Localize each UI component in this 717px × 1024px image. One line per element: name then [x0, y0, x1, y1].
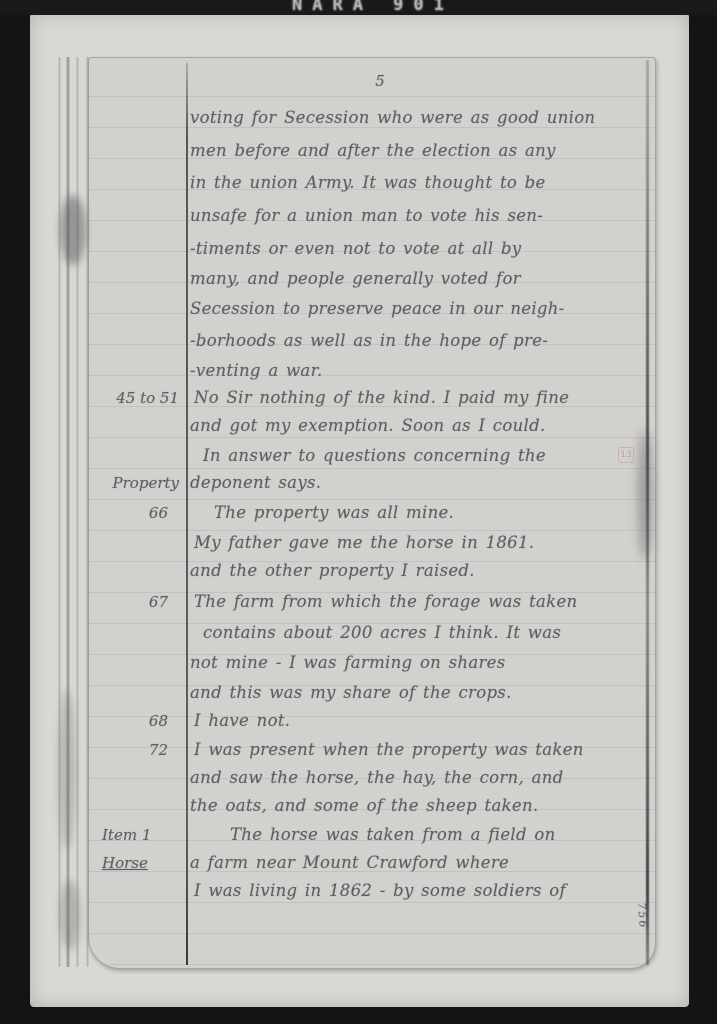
margin-annotation: 68 [92, 708, 182, 734]
line-text: -borhoods as well as in the hope of pre- [182, 328, 653, 354]
line-text: -venting a war. [182, 358, 653, 384]
line-text: a farm near Mount Crawford where [182, 850, 653, 876]
line-text: not mine - I was farming on shares [182, 650, 653, 676]
handwritten-line: Horse a farm near Mount Crawford where [92, 850, 653, 877]
line-text: deponent says. [182, 470, 653, 496]
line-text: unsafe for a union man to vote his sen- [182, 203, 653, 229]
line-text: many, and people generally voted for [182, 266, 653, 292]
handwritten-line: Property deponent says. [92, 470, 653, 497]
line-text: The property was all mine. [182, 500, 653, 526]
handwritten-line: 67 The farm from which the forage was ta… [92, 589, 653, 616]
handwritten-line: -venting a war. [92, 358, 653, 385]
line-text: Secession to preserve peace in our neigh… [182, 296, 653, 322]
handwritten-line: and saw the horse, the hay, the corn, an… [92, 765, 653, 792]
handwritten-line: In answer to questions concerning the [92, 443, 653, 470]
margin-annotation: 67 [92, 589, 182, 615]
microfilm-scan: { "film_header": { "label": "NARA 901" }… [0, 0, 717, 1024]
line-text: and got my exemption. Soon as I could. [182, 413, 653, 439]
handwritten-line: 45 to 51 No Sir nothing of the kind. I p… [92, 385, 653, 412]
handwritten-line: many, and people generally voted for [92, 266, 653, 293]
line-text: The horse was taken from a field on [182, 822, 653, 848]
handwritten-line: 72 I was present when the property was t… [92, 737, 653, 764]
handwritten-line: contains about 200 acres I think. It was [92, 620, 653, 647]
handwritten-line: men before and after the election as any [92, 138, 653, 165]
line-text: and saw the horse, the hay, the corn, an… [182, 765, 653, 791]
line-text: In answer to questions concerning the [182, 443, 653, 469]
handwritten-line: I was living in 1862 - by some soldiers … [92, 878, 653, 905]
handwritten-line: unsafe for a union man to vote his sen- [92, 203, 653, 230]
line-text: in the union Army. It was thought to be [182, 170, 653, 196]
line-text: and the other property I raised. [182, 558, 653, 584]
line-text: men before and after the election as any [182, 138, 653, 164]
margin-annotation: Horse [92, 850, 182, 876]
handwritten-line: and the other property I raised. [92, 558, 653, 585]
handwritten-line: and got my exemption. Soon as I could. [92, 413, 653, 440]
handwritten-line: -borhoods as well as in the hope of pre- [92, 328, 653, 355]
margin-annotation: Property [92, 470, 182, 496]
handwritten-line: and this was my share of the crops. [92, 680, 653, 707]
handwritten-line: 66 The property was all mine. [92, 500, 653, 527]
handwritten-line: Secession to preserve peace in our neigh… [92, 296, 653, 323]
line-text: My father gave me the horse in 1861. [182, 530, 653, 556]
handwritten-line: voting for Secession who were as good un… [92, 105, 653, 132]
line-text: the oats, and some of the sheep taken. [182, 793, 653, 819]
margin-annotation: 72 [92, 737, 182, 763]
line-text: contains about 200 acres I think. It was [182, 620, 653, 646]
margin-annotation: 45 to 51 [92, 385, 182, 411]
handwritten-line: in the union Army. It was thought to be [92, 170, 653, 197]
stray-stamp-mark: 13 [618, 447, 634, 463]
line-text: and this was my share of the crops. [182, 680, 653, 706]
film-strip-bar: NARA 901 [0, 0, 717, 15]
handwritten-line: not mine - I was farming on shares [92, 650, 653, 677]
handwritten-text-block: voting for Secession who were as good un… [0, 0, 717, 1024]
handwritten-line: My father gave me the horse in 1861. [92, 530, 653, 557]
line-text: I was present when the property was take… [182, 737, 653, 763]
line-text: I have not. [182, 708, 653, 734]
film-frame-label: NARA 901 [292, 0, 454, 15]
handwritten-line: 68 I have not. [92, 708, 653, 735]
line-text: -timents or even not to vote at all by [182, 236, 653, 262]
margin-annotation: 66 [92, 500, 182, 526]
fore-edge-number: 756 [635, 902, 650, 930]
line-text: The farm from which the forage was taken [182, 589, 653, 615]
margin-annotation: Item 1 [92, 822, 182, 848]
handwritten-line: Item 1 The horse was taken from a field … [92, 822, 653, 849]
line-text: I was living in 1862 - by some soldiers … [182, 878, 653, 904]
handwritten-line: -timents or even not to vote at all by [92, 236, 653, 263]
line-text: No Sir nothing of the kind. I paid my fi… [182, 385, 653, 411]
line-text: voting for Secession who were as good un… [182, 105, 653, 131]
handwritten-line: the oats, and some of the sheep taken. [92, 793, 653, 820]
